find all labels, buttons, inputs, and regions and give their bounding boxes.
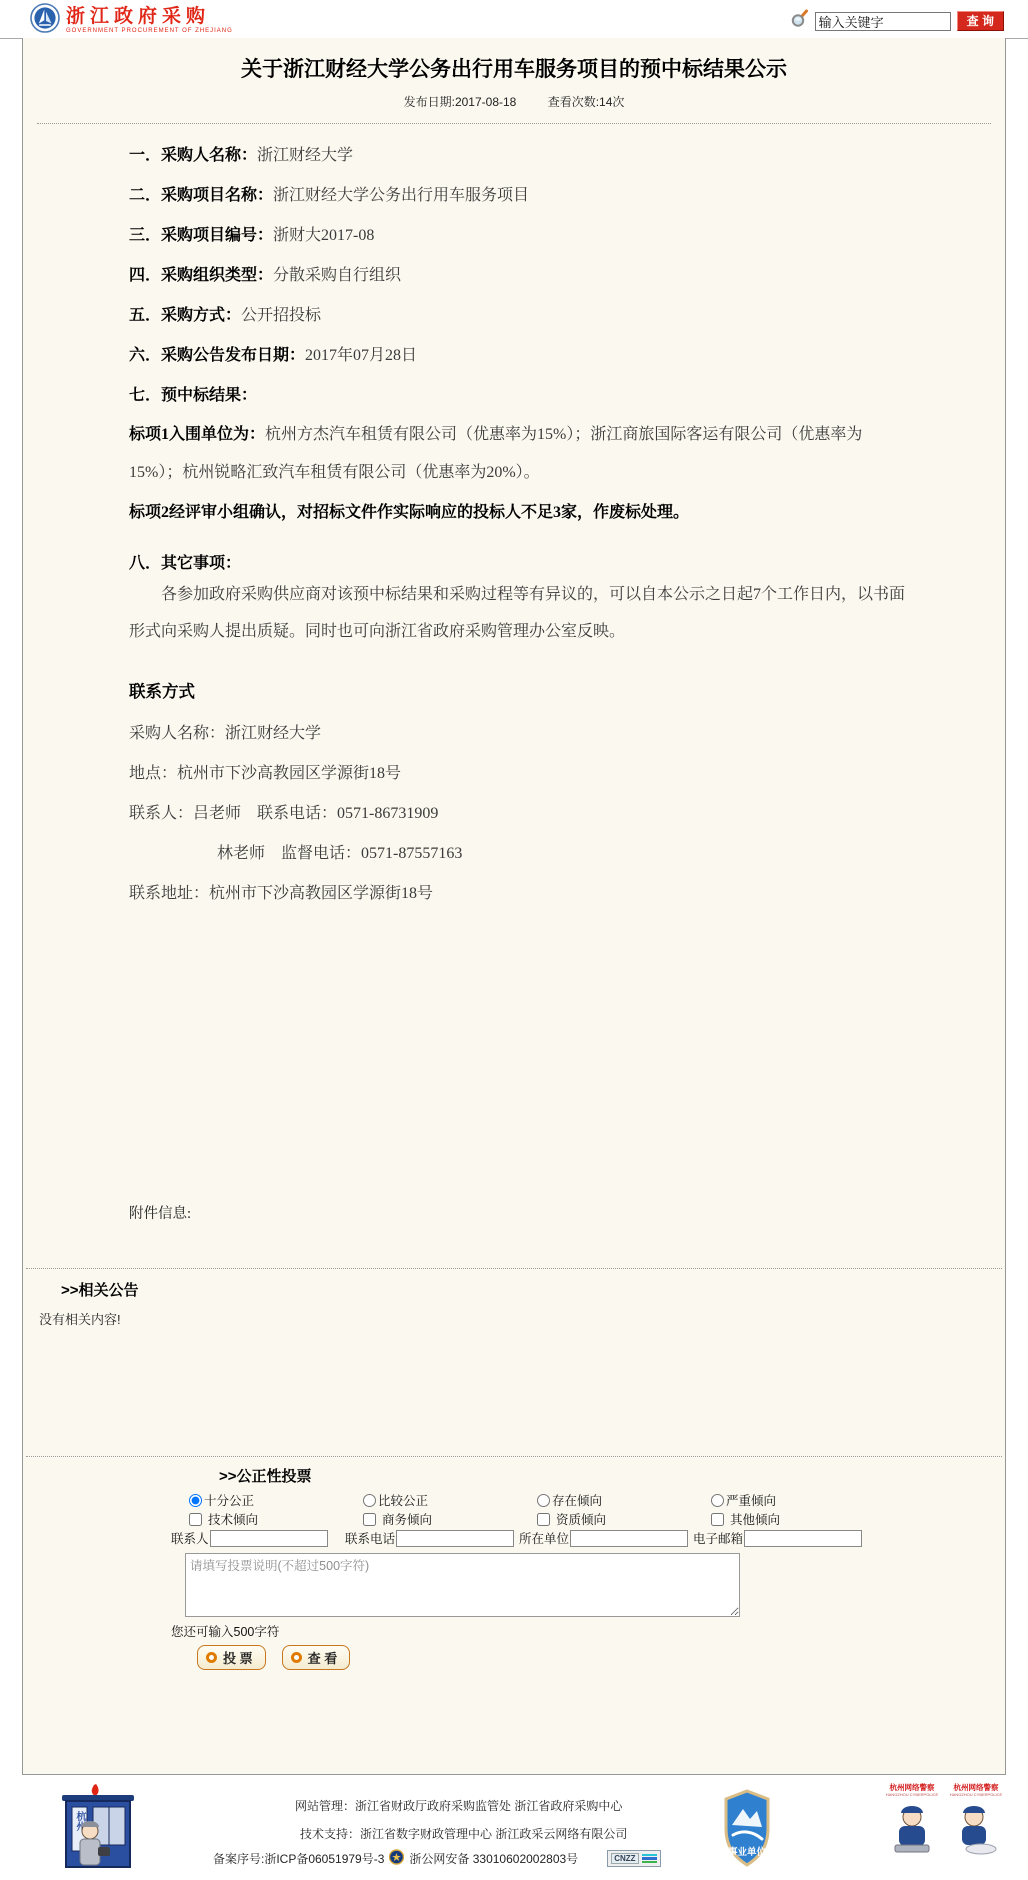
checkbox-business-bias[interactable]: 商务倾向	[345, 1510, 519, 1528]
shield-text: 事业单位	[728, 1846, 767, 1858]
checkbox-qualification-bias[interactable]: 资质倾向	[519, 1510, 693, 1528]
checkbox-input[interactable]	[711, 1513, 724, 1526]
search-icon	[790, 9, 809, 33]
vote-button-label: 投 票	[223, 1648, 253, 1667]
radio-label: 存在倾向	[552, 1491, 602, 1509]
organization-input[interactable]	[570, 1530, 688, 1547]
checkbox-input[interactable]	[537, 1513, 550, 1526]
field-organization: 所在单位	[519, 1529, 693, 1547]
cyber-police-badge[interactable]: 杭州网络警察 HANGZHOU CYBERPOLICE	[948, 1783, 1004, 1858]
char-counter: 您还可输入500字符	[171, 1622, 1005, 1640]
checkbox-technical-bias[interactable]: 技术倾向	[171, 1510, 345, 1528]
cyber-police-title: 杭州网络警察	[884, 1783, 940, 1792]
fairness-vote-form: >>公正性投票 十分公正 比较公正 存在倾向 严重倾向 技术倾向 商务倾向 资质…	[171, 1465, 1005, 1670]
search-input[interactable]	[815, 12, 951, 31]
orange-dot-icon	[206, 1652, 217, 1663]
contact-line: 联系人：吕老师 联系电话：0571-86731909	[129, 782, 909, 822]
contact-line: 联系地址：杭州市下沙高教园区学源街18号	[129, 862, 909, 902]
other-paragraph: 各参加政府采购供应商对该预中标结果和采购过程等有异议的，可以自本公示之日起7个工…	[129, 576, 909, 650]
doc-field-value: 2017年07月28日	[305, 347, 417, 364]
result-lot2: 标项2经评审小组确认，对招标文件作实际响应的投标人不足3家，作废标处理。	[129, 494, 909, 532]
radio-label: 严重倾向	[726, 1491, 776, 1509]
public-institution-shield-badge[interactable]: 事业单位	[722, 1789, 772, 1870]
logo-title: 浙江政府采购	[66, 7, 233, 27]
radio-input[interactable]	[711, 1494, 724, 1507]
logo-emblem-icon	[30, 3, 60, 38]
radio-input[interactable]	[189, 1494, 202, 1507]
police-emblem-icon	[389, 1849, 404, 1868]
attachment-label: 附件信息:	[129, 902, 909, 1223]
doc-field-org-type: 四．采购组织类型：分散采购自行组织	[129, 244, 909, 284]
radio-serious-bias[interactable]: 严重倾向	[693, 1491, 873, 1509]
doc-field-result-heading: 七．预中标结果：	[129, 364, 909, 404]
doc-field-label: 二．采购项目名称：	[129, 187, 273, 204]
checkbox-label: 资质倾向	[556, 1510, 606, 1528]
checkbox-label: 其他倾向	[730, 1510, 780, 1528]
doc-field-project-no: 三．采购项目编号：浙财大2017-08	[129, 204, 909, 244]
security-record-number[interactable]: 浙公网安备 33010602002803号	[409, 1850, 578, 1867]
doc-field-label: 八．其它事项：	[129, 555, 241, 572]
announcement-panel: 关于浙江财经大学公务出行用车服务项目的预中标结果公示 发布日期:2017-08-…	[22, 38, 1006, 1775]
page-title: 关于浙江财经大学公务出行用车服务项目的预中标结果公示	[63, 54, 965, 84]
doc-field-notice-date: 六．采购公告发布日期：2017年07月28日	[129, 324, 909, 364]
email-input[interactable]	[744, 1530, 862, 1547]
footer-icp-line: 备案序号:浙ICP备06051979号-3 浙公网安备 330106020028…	[213, 1849, 661, 1868]
field-label: 联系电话	[345, 1529, 395, 1547]
doc-field-value: 分散采购自行组织	[273, 267, 401, 284]
checkbox-label: 技术倾向	[208, 1510, 258, 1528]
vote-buttons-row: 投 票 查 看	[197, 1645, 1005, 1670]
view-button-label: 查 看	[308, 1648, 338, 1667]
checkbox-input[interactable]	[363, 1513, 376, 1526]
footer-management-line: 网站管理：浙江省财政厅政府采购监管处 浙江省政府采购中心	[295, 1797, 622, 1814]
field-label: 所在单位	[519, 1529, 569, 1547]
dotted-divider	[26, 1456, 1002, 1457]
result-lot1-label: 标项1入围单位为：	[129, 426, 265, 443]
search-query-button[interactable]: 查 询	[957, 11, 1004, 31]
top-header: 浙江政府采购 GOVERNMENT PROCUREMENT OF ZHEJIAN…	[0, 0, 1028, 39]
view-button[interactable]: 查 看	[282, 1645, 351, 1670]
checkbox-input[interactable]	[189, 1513, 202, 1526]
radio-some-bias[interactable]: 存在倾向	[519, 1491, 693, 1509]
result-lot1: 标项1入围单位为：杭州方杰汽车租赁有限公司（优惠率为15%）；浙江商旅国际客运有…	[129, 416, 909, 492]
contact-line: 地点：杭州市下沙高教园区学源街18号	[129, 742, 909, 782]
doc-field-label: 六．采购公告发布日期：	[129, 347, 305, 364]
field-email: 电子邮箱	[693, 1529, 873, 1547]
doc-field-project-name: 二．采购项目名称：浙江财经大学公务出行用车服务项目	[129, 164, 909, 204]
view-count: 查看次数:14次	[548, 95, 625, 109]
field-label: 电子邮箱	[693, 1529, 743, 1547]
orange-dot-icon	[291, 1652, 302, 1663]
vote-button[interactable]: 投 票	[197, 1645, 266, 1670]
doc-field-label: 七．预中标结果：	[129, 387, 257, 404]
footer-support-line: 技术支持：浙江省数字财政管理中心 浙江政采云网络有限公司	[300, 1825, 627, 1842]
doc-field-label: 四．采购组织类型：	[129, 267, 273, 284]
related-announcements-heading: >>相关公告	[61, 1279, 1005, 1300]
radio-label: 比较公正	[378, 1491, 428, 1509]
checkbox-other-bias[interactable]: 其他倾向	[693, 1510, 873, 1528]
doc-field-label: 一．采购人名称：	[129, 147, 257, 164]
doc-field-other: 八．其它事项：	[129, 532, 909, 572]
cyber-police-title: 杭州网络警察	[948, 1783, 1004, 1792]
cyber-police-subtitle: HANGZHOU CYBERPOLICE	[884, 1792, 940, 1797]
document-body: 一．采购人名称：浙江财经大学 二．采购项目名称：浙江财经大学公务出行用车服务项目…	[129, 124, 909, 1223]
search-bar: 查 询	[790, 9, 1004, 33]
vote-options-grid: 十分公正 比较公正 存在倾向 严重倾向 技术倾向 商务倾向 资质倾向 其他倾向 …	[171, 1491, 1005, 1547]
site-logo[interactable]: 浙江政府采购 GOVERNMENT PROCUREMENT OF ZHEJIAN…	[30, 3, 233, 38]
cnzz-label: CNZZ	[611, 1853, 638, 1864]
cyber-police-subtitle: HANGZHOU CYBERPOLICE	[948, 1792, 1004, 1797]
doc-field-value: 浙江财经大学	[257, 147, 353, 164]
cnzz-stripes-icon	[642, 1854, 657, 1864]
related-empty-text: 没有相关内容!	[39, 1309, 1005, 1328]
field-contact-phone: 联系电话	[345, 1529, 519, 1547]
radio-fairly-fair[interactable]: 比较公正	[345, 1491, 519, 1509]
logo-subtitle: GOVERNMENT PROCUREMENT OF ZHEJIANG	[66, 27, 233, 35]
doc-field-method: 五．采购方式：公开招投标	[129, 284, 909, 324]
doc-field-purchaser: 一．采购人名称：浙江财经大学	[129, 124, 909, 164]
contact-line: 采购人名称：浙江财经大学	[129, 702, 909, 742]
radio-input[interactable]	[537, 1494, 550, 1507]
vote-comment-textarea[interactable]	[185, 1553, 740, 1617]
dotted-divider	[26, 1268, 1002, 1269]
police-officer-icon	[953, 1799, 999, 1855]
fairness-vote-heading: >>公正性投票	[219, 1465, 1005, 1486]
contact-name-input[interactable]	[210, 1530, 328, 1547]
police-box-mascot: 杭州	[38, 1783, 160, 1876]
contact-line: 林老师 监督电话：0571-87557163	[129, 822, 909, 862]
police-officer-icon	[889, 1799, 935, 1855]
radio-very-fair[interactable]: 十分公正	[171, 1491, 345, 1509]
publish-date: 发布日期:2017-08-18	[404, 95, 517, 109]
doc-field-label: 五．采购方式：	[129, 307, 241, 324]
doc-field-label: 三．采购项目编号：	[129, 227, 273, 244]
contact-phone-input[interactable]	[396, 1530, 514, 1547]
checkbox-label: 商务倾向	[382, 1510, 432, 1528]
field-label: 联系人	[171, 1529, 209, 1547]
cnzz-badge[interactable]: CNZZ	[607, 1850, 660, 1867]
doc-field-value: 浙江财经大学公务出行用车服务项目	[273, 187, 529, 204]
contact-heading: 联系方式	[129, 650, 909, 702]
doc-field-value: 浙财大2017-08	[273, 227, 374, 244]
radio-label: 十分公正	[204, 1491, 254, 1509]
cyber-police-badge[interactable]: 杭州网络警察 HANGZHOU CYBERPOLICE	[884, 1783, 940, 1858]
doc-field-value: 公开招投标	[241, 307, 321, 324]
icp-number[interactable]: 备案序号:浙ICP备06051979号-3	[213, 1850, 384, 1867]
radio-input[interactable]	[363, 1494, 376, 1507]
page-footer: 杭州 网站管理：浙江省财政厅政府采购监管处 浙江省政府采购中心 技术支持：浙江省…	[0, 1775, 1028, 1880]
field-contact-name: 联系人	[171, 1529, 345, 1547]
article-meta: 发布日期:2017-08-18 查看次数:14次	[23, 93, 1005, 110]
